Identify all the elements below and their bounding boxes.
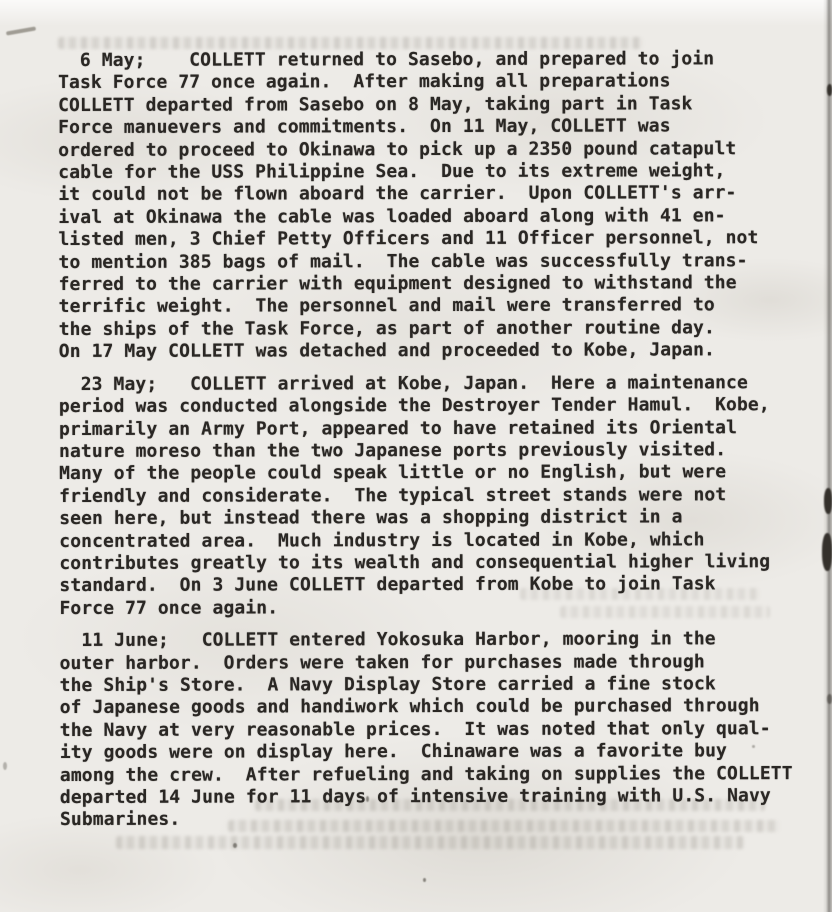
ink-speck xyxy=(423,878,426,882)
document-text: 6 May; COLLETT returned to Sasebo, and p… xyxy=(58,48,832,842)
paragraph-6-may: 6 May; COLLETT returned to Sasebo, and p… xyxy=(58,48,831,364)
ink-speck xyxy=(3,762,7,770)
bleed-through-artifact xyxy=(58,37,643,49)
scanned-document-page: 6 May; COLLETT returned to Sasebo, and p… xyxy=(0,0,832,912)
paragraph-23-may: 23 May; COLLETT arrived at Kobe, Japan. … xyxy=(59,372,832,620)
ink-speck xyxy=(233,843,237,848)
paragraph-11-june: 11 June; COLLETT entered Yokosuka Harbor… xyxy=(59,628,832,832)
stray-pen-mark xyxy=(6,26,36,35)
